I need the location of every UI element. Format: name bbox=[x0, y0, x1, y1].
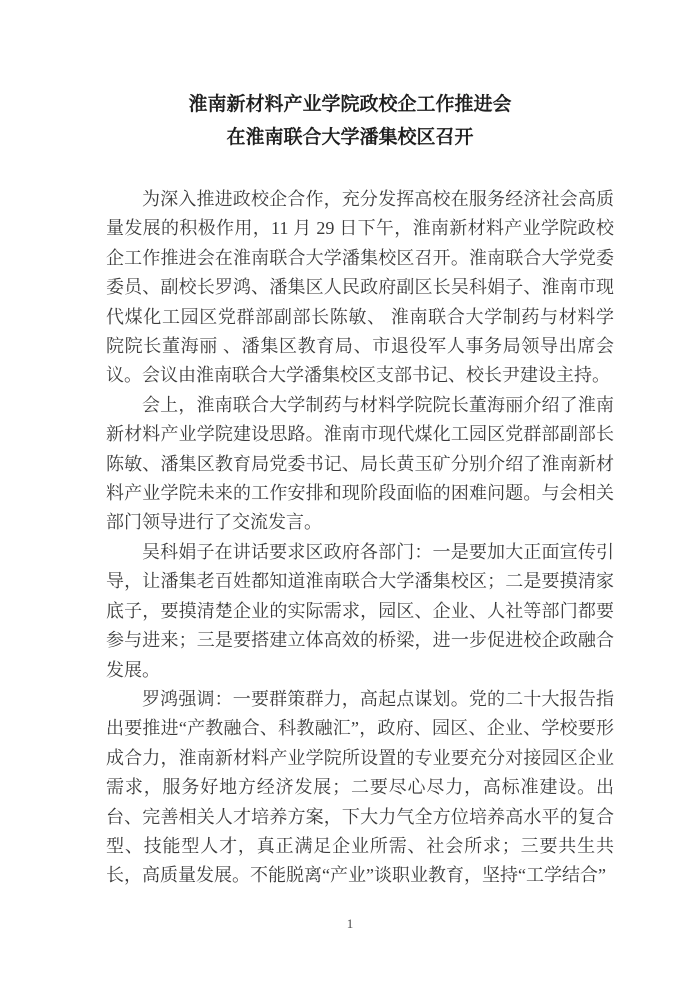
document-title-line2: 在淮南联合大学潘集校区召开 bbox=[0, 121, 700, 154]
document-page: 淮南新材料产业学院政校企工作推进会 在淮南联合大学潘集校区召开 为深入推进政校企… bbox=[0, 0, 700, 991]
page-number: 1 bbox=[347, 916, 354, 931]
document-body: 为深入推进政校企合作，充分发挥高校在服务经济社会高质量发展的积极作用，11 月 … bbox=[106, 185, 614, 891]
document-title: 淮南新材料产业学院政校企工作推进会 在淮南联合大学潘集校区召开 bbox=[0, 0, 700, 154]
document-title-line1: 淮南新材料产业学院政校企工作推进会 bbox=[0, 88, 700, 121]
body-paragraph: 为深入推进政校企合作，充分发挥高校在服务经济社会高质量发展的积极作用，11 月 … bbox=[106, 185, 614, 391]
page-footer: 1 bbox=[0, 915, 700, 933]
body-paragraph: 会上，淮南联合大学制药与材料学院院长董海丽介绍了淮南新材料产业学院建设思路。淮南… bbox=[106, 391, 614, 538]
body-paragraph: 罗鸿强调：一要群策群力，高起点谋划。党的二十大报告指出要推进“产教融合、科教融汇… bbox=[106, 685, 614, 891]
body-paragraph: 吴科娟子在讲话要求区政府各部门：一是要加大正面宣传引导，让潘集老百姓都知道淮南联… bbox=[106, 538, 614, 685]
